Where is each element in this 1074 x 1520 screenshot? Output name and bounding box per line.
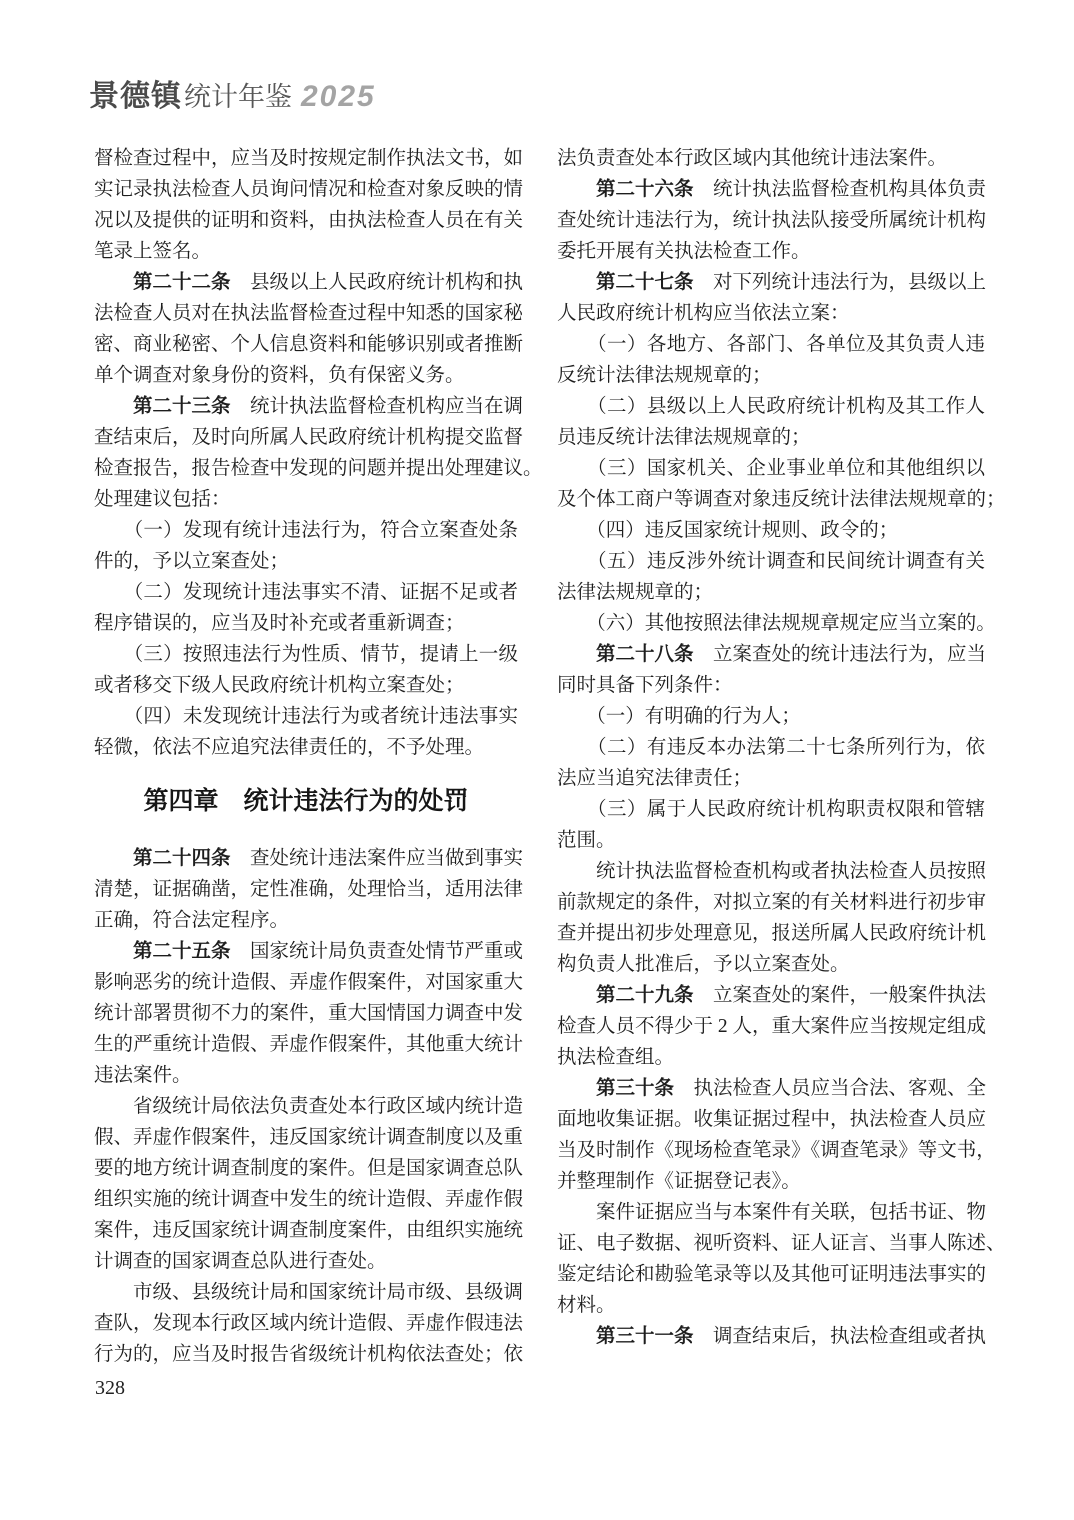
text-line: 案件，违反国家统计调查制度案件，由组织实施统 <box>94 1215 518 1246</box>
text-line: 市级、县级统计局和国家统计局市级、县级调 <box>94 1277 518 1308</box>
text-line: 查并提出初步处理意见，报送所属人民政府统计机 <box>557 918 985 949</box>
text-line: （六）其他按照法律法规规章规定应当立案的。 <box>557 608 985 639</box>
article-number: 第二十三条 <box>94 396 231 417</box>
text-line: 检查人员不得少于 2 人，重大案件应当按规定组成 <box>557 1011 985 1042</box>
article-number: 第二十七条 <box>557 272 694 293</box>
article-number: 第二十二条 <box>94 272 231 293</box>
text-line: 法检查人员对在执法监督检查过程中知悉的国家秘 <box>94 298 518 329</box>
text-line: 行为的，应当及时报告省级统计机构依法查处；依 <box>94 1339 518 1370</box>
text-line: 执法检查组。 <box>557 1042 985 1073</box>
text-line: 省级统计局依法负责查处本行政区域内统计造 <box>94 1091 518 1122</box>
text-line: （三）国家机关、企业事业单位和其他组织以 <box>557 453 985 484</box>
chapter-heading: 第四章 统计违法行为的处罚 <box>94 763 518 843</box>
text-line: （二）县级以上人民政府统计机构及其工作人 <box>557 391 985 422</box>
text-line: 委托开展有关执法检查工作。 <box>557 236 985 267</box>
text-line: （五）违反涉外统计调查和民间统计调查有关 <box>557 546 985 577</box>
text-line: 处理建议包括： <box>94 484 518 515</box>
yearbook-page: 景德镇 统计年鉴 2025 督检查过程中，应当及时按规定制作执法文书，如实记录执… <box>0 0 1074 1520</box>
article-number: 第二十九条 <box>557 985 694 1006</box>
text-line: 单个调查对象身份的资料，负有保密义务。 <box>94 360 518 391</box>
text-line: 查队，发现本行政区域内统计造假、弄虚作假违法 <box>94 1308 518 1339</box>
text-line: 法律法规规章的； <box>557 577 985 608</box>
text-line: 第二十五条 国家统计局负责查处情节严重或 <box>94 936 518 967</box>
text-line: 轻微，依法不应追究法律责任的，不予处理。 <box>94 732 518 763</box>
text-line: 组织实施的统计调查中发生的统计造假、弄虚作假 <box>94 1184 518 1215</box>
text-line: 鉴定结论和勘验笔录等以及其他可证明违法事实的 <box>557 1259 985 1290</box>
text-line: 证、电子数据、视听资料、证人证言、当事人陈述、 <box>557 1228 985 1259</box>
article-number: 第二十五条 <box>94 941 231 962</box>
text-line: 笔录上签名。 <box>94 236 518 267</box>
brand-city-name: 景德镇 <box>89 71 182 115</box>
text-line: （四）未发现统计违法行为或者统计违法事实 <box>94 701 518 732</box>
text-line: 查结束后，及时向所属人民政府统计机构提交监督 <box>94 422 518 453</box>
text-line: （二）发现统计违法事实不清、证据不足或者 <box>94 577 518 608</box>
text-line: 当及时制作《现场检查笔录》《调查笔录》等文书， <box>557 1135 985 1166</box>
text-line: （一）有明确的行为人； <box>557 701 985 732</box>
page-header-brand: 景德镇 统计年鉴 2025 <box>89 71 376 115</box>
article-number: 第二十六条 <box>557 179 694 200</box>
text-line: 检查报告，报告检查中发现的问题并提出处理建议。 <box>94 453 518 484</box>
text-line: 人民政府统计机构应当依法立案： <box>557 298 985 329</box>
text-line: 况以及提供的证明和资料，由执法检查人员在有关 <box>94 205 518 236</box>
text-line: 查处统计违法行为，统计执法队接受所属统计机构 <box>557 205 985 236</box>
text-line: 实记录执法检查人员询问情况和检查对象反映的情 <box>94 174 518 205</box>
text-line: 及个体工商户等调查对象违反统计法律法规规章的； <box>557 484 985 515</box>
article-number: 第三十一条 <box>557 1326 694 1347</box>
text-line: （二）有违反本办法第二十七条所列行为，依 <box>557 732 985 763</box>
text-line: 员违反统计法律法规规章的； <box>557 422 985 453</box>
text-line: 或者移交下级人民政府统计机构立案查处； <box>94 670 518 701</box>
text-line: 构负责人批准后，予以立案查处。 <box>557 949 985 980</box>
text-line: 面地收集证据。收集证据过程中，执法检查人员应 <box>557 1104 985 1135</box>
text-line: 案件证据应当与本案件有关联，包括书证、物 <box>557 1197 985 1228</box>
text-line: 清楚，证据确凿，定性准确，处理恰当，适用法律 <box>94 874 518 905</box>
text-line: 第三十一条 调查结束后，执法检查组或者执 <box>557 1321 985 1352</box>
text-line: 程序错误的，应当及时补充或者重新调查； <box>94 608 518 639</box>
text-line: 统计执法监督检查机构或者执法检查人员按照 <box>557 856 985 887</box>
text-line: （四）违反国家统计规则、政令的； <box>557 515 985 546</box>
text-line: 违法案件。 <box>94 1060 518 1091</box>
text-line: 计调查的国家调查总队进行查处。 <box>94 1246 518 1277</box>
article-number: 第二十八条 <box>557 644 694 665</box>
brand-yearbook-label: 统计年鉴 <box>184 75 292 114</box>
text-line: 第二十六条 统计执法监督检查机构具体负责 <box>557 174 985 205</box>
text-line: 第二十二条 县级以上人民政府统计机构和执 <box>94 267 518 298</box>
text-line: 第三十条 执法检查人员应当合法、客观、全 <box>557 1073 985 1104</box>
text-line: 第二十三条 统计执法监督检查机构应当在调 <box>94 391 518 422</box>
text-line: 前款规定的条件，对拟立案的有关材料进行初步审 <box>557 887 985 918</box>
text-line: （一）各地方、各部门、各单位及其负责人违 <box>557 329 985 360</box>
article-number: 第三十条 <box>557 1078 674 1099</box>
text-line: 正确，符合法定程序。 <box>94 905 518 936</box>
left-text-column: 督检查过程中，应当及时按规定制作执法文书，如实记录执法检查人员询问情况和检查对象… <box>94 143 518 1370</box>
text-line: 督检查过程中，应当及时按规定制作执法文书，如 <box>94 143 518 174</box>
page-number: 328 <box>95 1377 125 1400</box>
right-text-column: 法负责查处本行政区域内其他统计违法案件。 第二十六条 统计执法监督检查机构具体负… <box>557 143 985 1352</box>
text-line: 影响恶劣的统计造假、弄虚作假案件，对国家重大 <box>94 967 518 998</box>
text-line: 统计部署贯彻不力的案件，重大国情国力调查中发 <box>94 998 518 1029</box>
text-line: 法负责查处本行政区域内其他统计违法案件。 <box>557 143 985 174</box>
text-line: 要的地方统计调查制度的案件。但是国家调查总队 <box>94 1153 518 1184</box>
text-line: （三）按照违法行为性质、情节，提请上一级 <box>94 639 518 670</box>
text-line: （三）属于人民政府统计机构职责权限和管辖 <box>557 794 985 825</box>
brand-year: 2025 <box>301 80 376 114</box>
text-line: 同时具备下列条件： <box>557 670 985 701</box>
text-line: 范围。 <box>557 825 985 856</box>
text-line: 材料。 <box>557 1290 985 1321</box>
text-line: 法应当追究法律责任； <box>557 763 985 794</box>
text-line: 并整理制作《证据登记表》。 <box>557 1166 985 1197</box>
text-line: 反统计法律法规规章的； <box>557 360 985 391</box>
text-line: 生的严重统计造假、弄虚作假案件，其他重大统计 <box>94 1029 518 1060</box>
text-line: 第二十八条 立案查处的统计违法行为，应当 <box>557 639 985 670</box>
text-line: 假、弄虚作假案件，违反国家统计调查制度以及重 <box>94 1122 518 1153</box>
text-line: （一）发现有统计违法行为，符合立案查处条 <box>94 515 518 546</box>
text-line: 第二十九条 立案查处的案件，一般案件执法 <box>557 980 985 1011</box>
text-line: 密、商业秘密、个人信息资料和能够识别或者推断 <box>94 329 518 360</box>
text-line: 件的，予以立案查处； <box>94 546 518 577</box>
text-line: 第二十七条 对下列统计违法行为，县级以上 <box>557 267 985 298</box>
article-number: 第二十四条 <box>94 848 231 869</box>
text-line: 第二十四条 查处统计违法案件应当做到事实 <box>94 843 518 874</box>
